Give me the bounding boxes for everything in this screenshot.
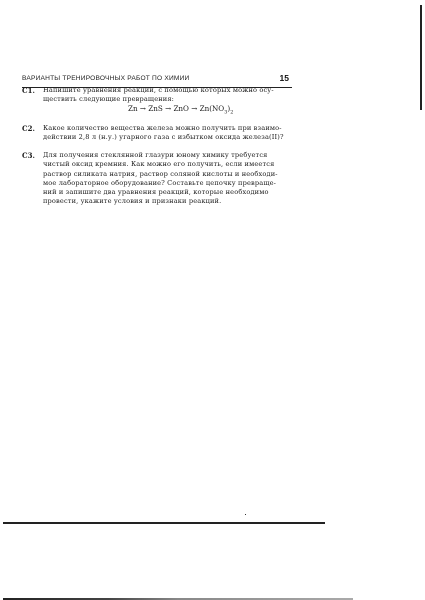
formula-zn-no3-2: Zn(NO3)2 <box>200 104 234 113</box>
task-c3: C3. Для получения стеклянной глазури юно… <box>22 151 292 207</box>
task-c1: C1. Напишите уравнения реакций, с помощь… <box>22 86 292 105</box>
task-text: Напишите уравнения реакций, с помощью ко… <box>43 86 292 105</box>
task-text: Для получения стеклянной глазури юному х… <box>43 151 292 207</box>
task-c2: C2. Какое количество вещества железа мож… <box>22 124 292 143</box>
arrow-icon: → <box>191 104 197 113</box>
task-line: мое лабораторное оборудование? Составьте… <box>43 179 292 188</box>
scan-edge-shadow <box>420 5 422 110</box>
task-number: C3. <box>22 151 35 160</box>
page-bottom-rule <box>3 522 325 524</box>
task-line: действии 2,8 л (н.у.) угарного газа с из… <box>43 133 292 142</box>
task-text: Какое количество вещества железа можно п… <box>43 124 292 143</box>
subscript: 2 <box>230 109 233 115</box>
formula-zn: Zn <box>128 104 138 113</box>
reaction-chain-formula: Zn → ZnS → ZnO → Zn(NO3)2 <box>128 104 233 115</box>
formula-part: Zn(NO <box>200 104 225 113</box>
task-line: ний и запишите два уравнения реакций, ко… <box>43 188 292 197</box>
arrow-icon: → <box>140 104 146 113</box>
page-number: 15 <box>280 73 289 83</box>
task-line: Напишите уравнения реакций, с помощью ко… <box>43 86 292 95</box>
task-line: раствор силиката натрия, раствор соляной… <box>43 170 292 179</box>
task-number: C2. <box>22 124 35 133</box>
arrow-icon: → <box>165 104 171 113</box>
formula-zns: ZnS <box>148 104 163 113</box>
formula-zno: ZnO <box>173 104 189 113</box>
task-line: провести, укажите условия и признаки реа… <box>43 197 292 206</box>
task-line: чистый оксид кремния. Как можно его полу… <box>43 160 292 169</box>
task-number: C1. <box>22 86 35 95</box>
task-line: Для получения стеклянной глазури юному х… <box>43 151 292 160</box>
header-title: ВАРИАНТЫ ТРЕНИРОВОЧНЫХ РАБОТ ПО ХИМИИ <box>22 75 189 82</box>
task-line: Какое количество вещества железа можно п… <box>43 124 292 133</box>
scan-speck <box>245 514 246 515</box>
